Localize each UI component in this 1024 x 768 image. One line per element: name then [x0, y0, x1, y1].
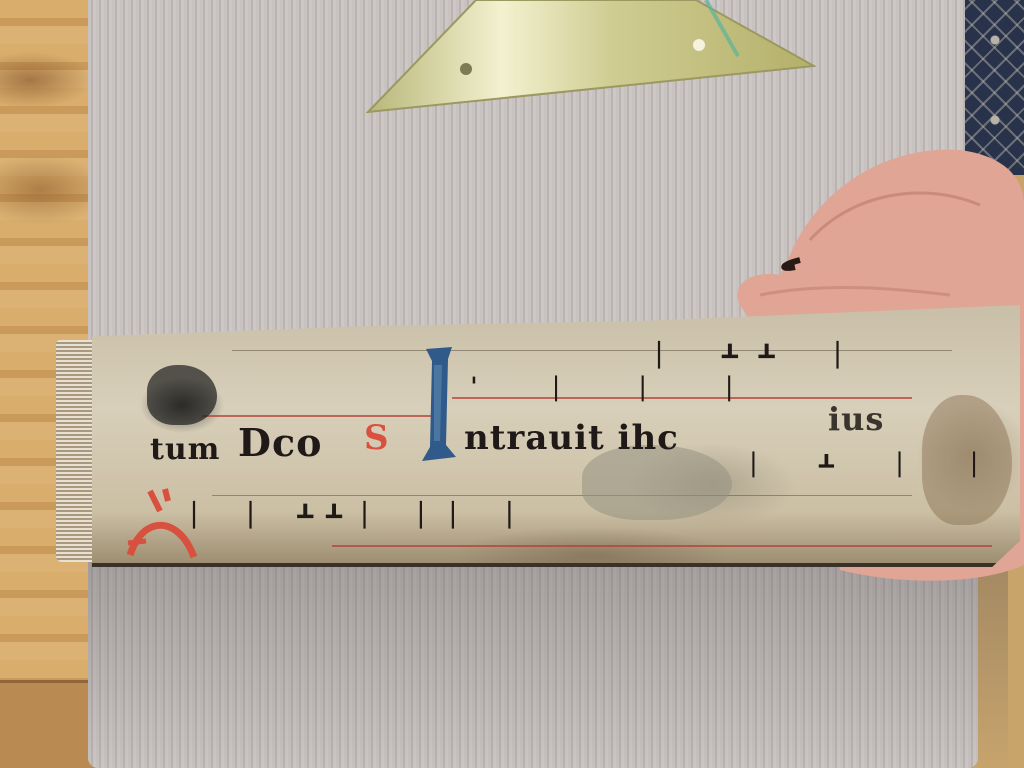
manuscript-word: ius	[828, 400, 884, 438]
manuscript-word: Dco	[238, 420, 322, 465]
cloth-shadow	[88, 560, 1008, 768]
neumes-top: ˈ ᛁ ᛁ ᛁ	[470, 372, 768, 405]
red-rubric-flourish	[120, 485, 210, 560]
staff-line-red	[332, 545, 992, 547]
neumes-top-right: ᛁ ᚆᚆ ᛁ	[650, 338, 868, 373]
manuscript-word: ntrauit ihc	[464, 418, 679, 458]
staff-line	[212, 495, 912, 496]
photo-scene: tum Dco S ntrauit ihc ius ˈ ᛁ ᛁ ᛁ ᛁ ᚆᚆ ᛁ…	[0, 0, 1024, 768]
blue-initial-letter	[420, 345, 458, 463]
ink-smudge	[147, 365, 217, 425]
manuscript-word: tum	[150, 432, 220, 467]
neumes-bottom-right: ᛁ ᚆ ᛁ ᛁ	[745, 448, 1006, 481]
drafting-triangle	[366, 0, 816, 116]
neumes-bottom: ᛁ ᛁ ᚆᚆᛁ ᛁᛁ ᛁ	[185, 498, 532, 533]
rubric-letter: S	[364, 418, 390, 458]
staff-line-red	[202, 415, 442, 417]
